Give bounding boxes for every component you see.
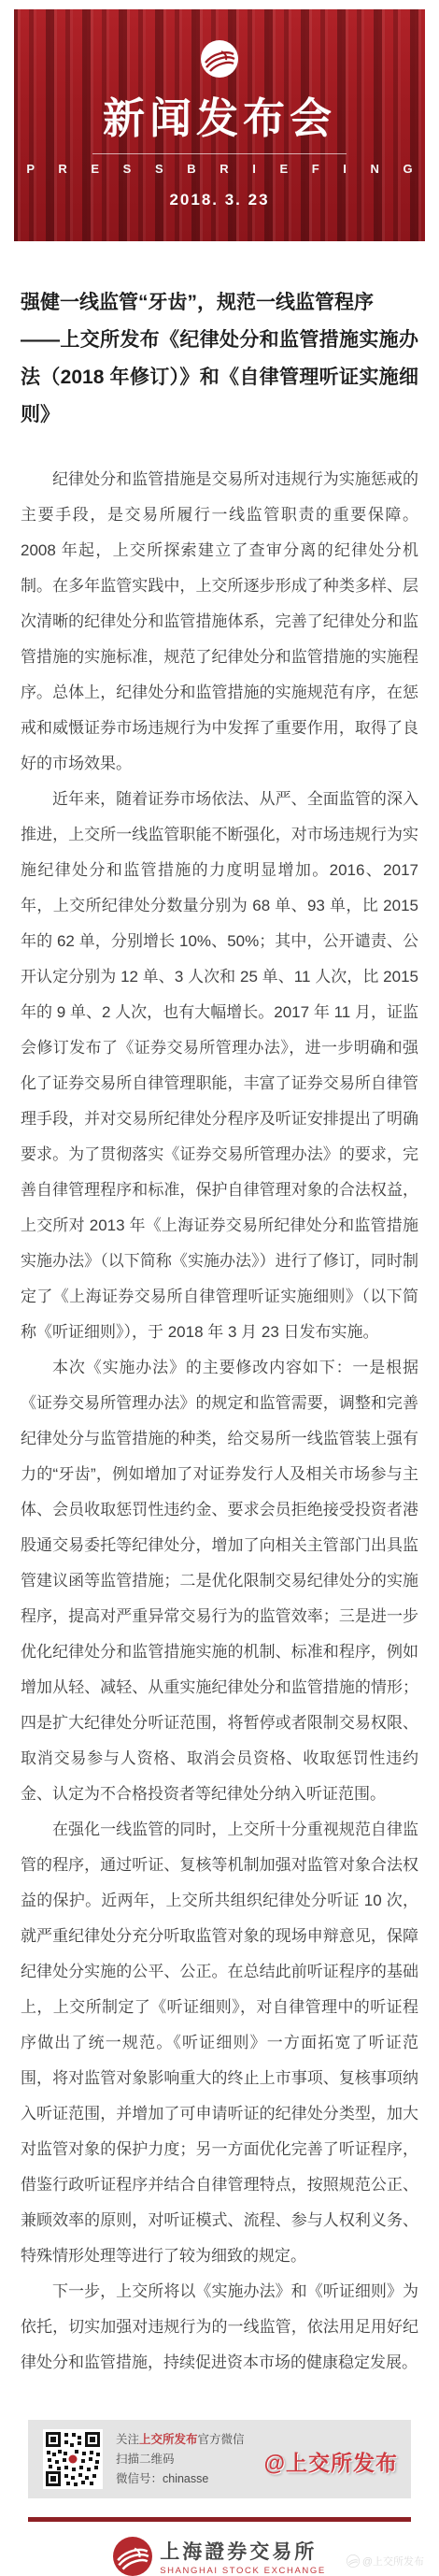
weibo-handle: @上交所发布 [264, 2446, 398, 2477]
wechat-line1-suffix: 官方微信 [198, 2433, 245, 2446]
wechat-line2: 扫描二维码 [116, 2450, 245, 2469]
sse-logo-icon [347, 2554, 360, 2568]
org-name-cn: 上海證券交易所 [160, 2537, 326, 2565]
paragraph-3: 本次《实施办法》的主要修改内容如下：一是根据《证券交易所管理办法》的规定和监管需… [21, 1350, 418, 1812]
press-briefing-banner: 新闻发布会 P R E S S B R I E F I N G 2018. 3.… [14, 9, 425, 241]
watermark: @上交所发布 [347, 2554, 424, 2569]
wechat-follow-box: 关注上交所发布官方微信 扫描二维码 微信号：chinasse @上交所发布 [28, 2420, 411, 2498]
paragraph-4: 在强化一线监管的同时，上交所十分重视规范自律监管的程序，通过听证、复核等机制加强… [21, 1812, 418, 2274]
wechat-line1: 关注上交所发布官方微信 [116, 2430, 245, 2450]
wechat-line3: 微信号：chinasse [116, 2469, 245, 2489]
paragraph-5: 下一步，上交所将以《实施办法》和《听证细则》为依托，切实加强对违规行为的一线监管… [21, 2274, 418, 2381]
wechat-account-name: 上交所发布 [139, 2433, 198, 2446]
article-page: 新闻发布会 P R E S S B R I E F I N G 2018. 3.… [0, 0, 439, 2576]
qr-code [43, 2429, 103, 2489]
sse-logo-icon [113, 2537, 152, 2576]
paragraph-1: 纪律处分和监管措施是交易所对违规行为实施惩戒的主要手段，是交易所履行一线监管职责… [21, 462, 418, 782]
paragraph-2: 近年来，随着证券市场依法、从严、全面监管的深入推进，上交所一线监管职能不断强化，… [21, 782, 418, 1350]
headline-line2: ——上交所发布《纪律处分和监管措施实施办法（2018 年修订）》和《自律管理听证… [21, 329, 418, 425]
banner-date: 2018. 3. 23 [14, 191, 425, 209]
banner-title: 新闻发布会 [14, 95, 425, 142]
watermark-text: @上交所发布 [362, 2554, 424, 2569]
banner-subtitle: P R E S S B R I E F I N G [14, 162, 425, 176]
article-body: 纪律处分和监管措施是交易所对违规行为实施惩戒的主要手段，是交易所履行一线监管职责… [21, 462, 418, 2381]
headline-line1: 强健一线监管“牙齿”，规范一线监管程序 [21, 292, 374, 313]
footer-divider [28, 2517, 411, 2522]
page-title: 强健一线监管“牙齿”，规范一线监管程序 ——上交所发布《纪律处分和监管措施实施办… [21, 284, 418, 434]
banner-divider [92, 153, 347, 154]
wechat-info: 关注上交所发布官方微信 扫描二维码 微信号：chinasse [116, 2430, 245, 2489]
sse-logo-icon [14, 9, 425, 82]
org-name-en: SHANGHAI STOCK EXCHANGE [160, 2566, 326, 2576]
wechat-line1-prefix: 关注 [116, 2433, 139, 2446]
